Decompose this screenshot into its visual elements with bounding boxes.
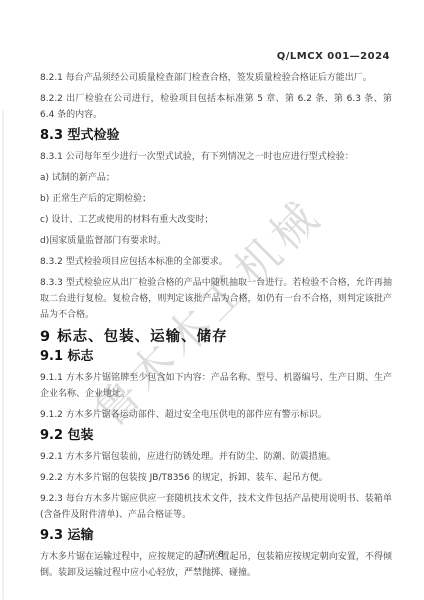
paragraph: 9.1.1 方木多片锯铭牌至少包含如下内容：产品名称、型号、机器编号、生产日期、… bbox=[40, 370, 392, 402]
section-heading: 9.2 包装 bbox=[40, 428, 392, 444]
paragraph: 9.2.1 方木多片锯包装前，应进行防锈处理。并有防尘、防潮、防震措施。 bbox=[40, 449, 392, 465]
paragraph: a) 试制的新产品； bbox=[40, 170, 392, 186]
paragraph: 9.1.2 方木多片锯各运动部件、超过安全电压供电的部件应有警示标识。 bbox=[40, 407, 392, 423]
paragraph: 8.3.1 公司每年至少进行一次型式试验，有下列情况之一时也应进行型式检验： bbox=[40, 149, 392, 165]
paragraph: c) 设计、工艺或使用的材料有重大改变时； bbox=[40, 212, 392, 228]
standard-number-header: Q/LMCX 001—2024 bbox=[277, 51, 390, 62]
paragraph: 9.2.2 方木多片锯的包装按 JB/T8356 的规定，拆卸、装车、起吊方便。 bbox=[40, 470, 392, 486]
paragraph: d)国家质量监督部门有要求时。 bbox=[40, 233, 392, 249]
document-body: 8.2.1 每台产品须经公司质量检查部门检查合格，签发质量检验合格证后方能出厂。… bbox=[40, 70, 392, 586]
paragraph: 9.2.3 每台方木多片锯应供应一套随机技术文件，技术文件包括产品使用说明书、装… bbox=[40, 491, 392, 523]
paragraph: 8.2.2 出厂检验在公司进行，检验项目包括本标准第 5 章、第 6.2 条、第… bbox=[40, 91, 392, 123]
section-heading: 8.3 型式检验 bbox=[40, 128, 392, 144]
paragraph: 8.3.2 型式检验项目应包括本标准的全部要求。 bbox=[40, 254, 392, 270]
page-number: 7 / 8 bbox=[0, 550, 424, 560]
scan-edge-artifact bbox=[2, 110, 4, 600]
section-heading: 9.3 运输 bbox=[40, 528, 392, 544]
section-heading: 9.1 标志 bbox=[40, 349, 392, 365]
paragraph: 8.3.3 型式检验应从出厂检验合格的产品中随机抽取一台进行。若检验不合格，允许… bbox=[40, 275, 392, 323]
document-page: Q/LMCX 001—2024 鲁木木工机械 8.2.1 每台产品须经公司质量检… bbox=[0, 0, 424, 600]
chapter-heading: 9 标志、包装、运输、储存 bbox=[40, 328, 392, 346]
paragraph: b) 正常生产后的定期检验； bbox=[40, 191, 392, 207]
paragraph: 8.2.1 每台产品须经公司质量检查部门检查合格，签发质量检验合格证后方能出厂。 bbox=[40, 70, 392, 86]
